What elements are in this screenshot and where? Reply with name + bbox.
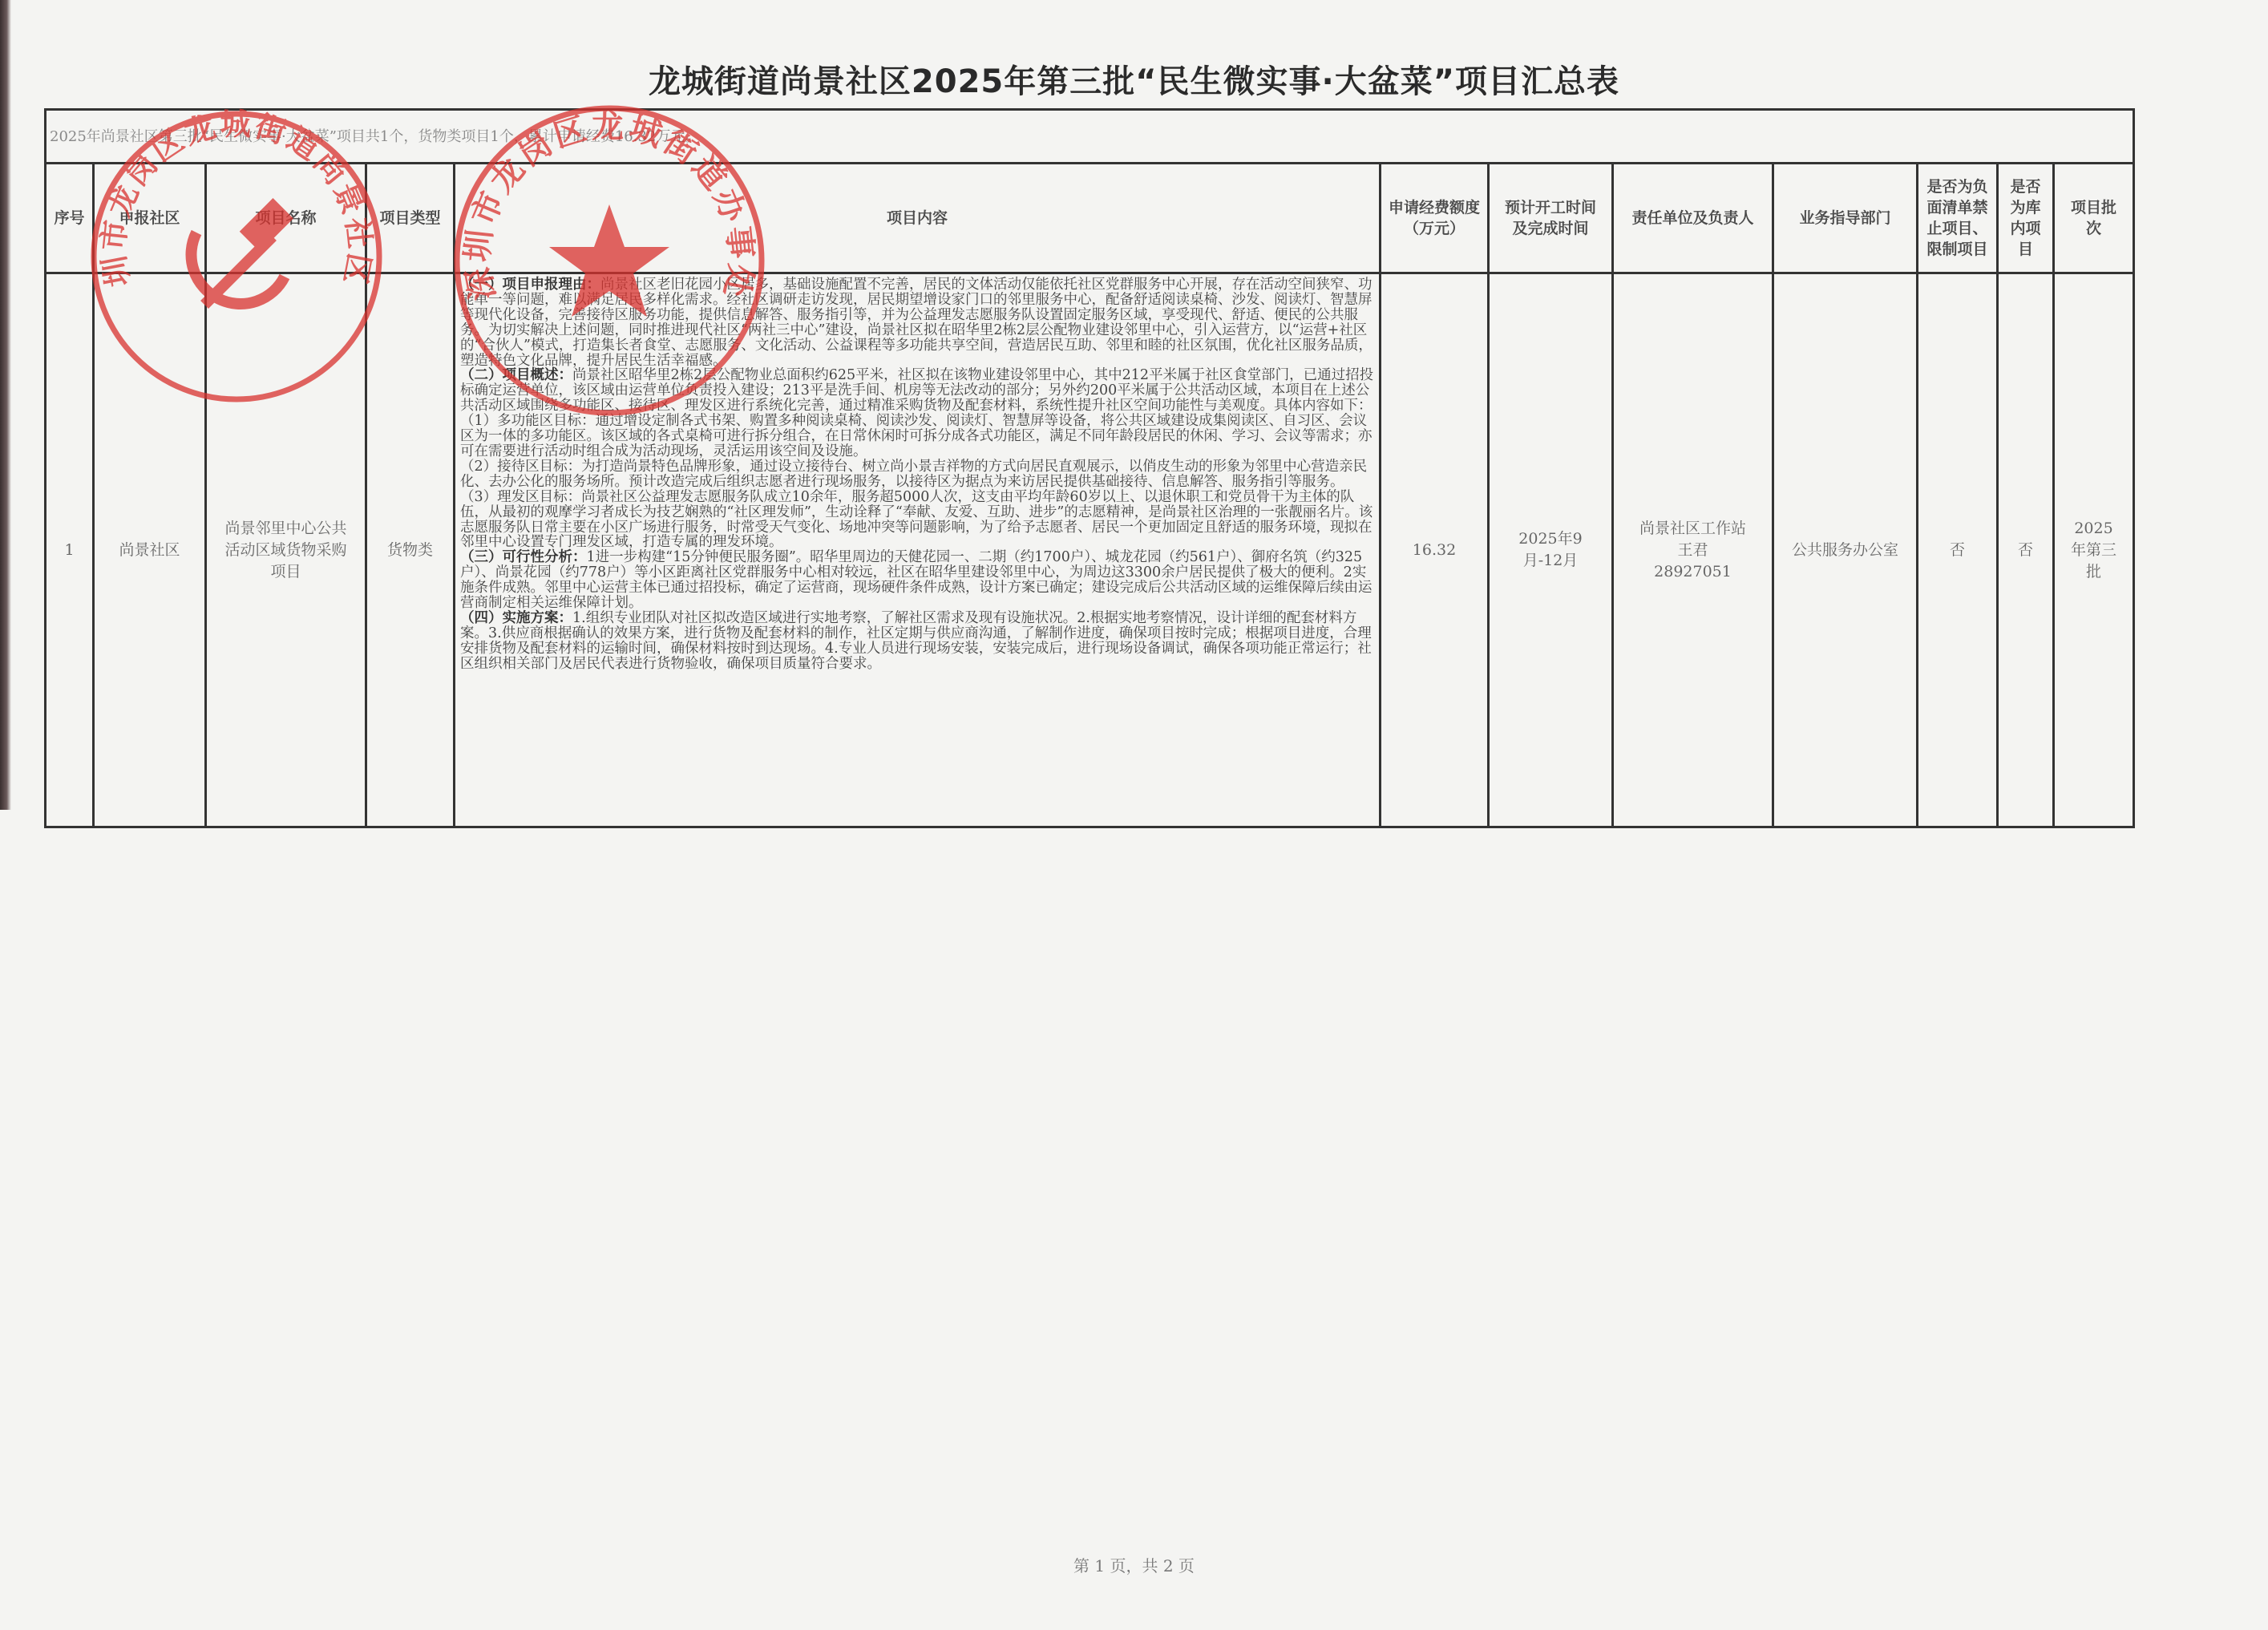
header-negative-list: 是否为负面清单禁止项目、限制项目	[1918, 164, 1998, 273]
header-guidance-dept: 业务指导部门	[1773, 164, 1918, 273]
content-section-3: （三）可行性分析：1进一步构建“15分钟便民服务圈”。昭华里周边的天健花园一、二…	[460, 550, 1374, 611]
content-section-2-label: （二）项目概述：	[460, 367, 572, 383]
responsible-person: 王君	[1614, 540, 1772, 561]
summary-text: 2025年尚景社区第三批“民生微实事·大盆菜”项目共1个，货物类项目1个，累计申…	[46, 110, 2134, 164]
content-section-4: （四）实施方案：1.组织专业团队对社区拟改造区域进行实地考察，了解社区需求及现有…	[460, 611, 1374, 672]
cell-budget: 16.32	[1381, 273, 1489, 827]
cell-project-type: 货物类	[366, 273, 455, 827]
table-row: 1 尚景社区 尚景邻里中心公共活动区域货物采购项目 货物类 （一）项目申报理由：…	[46, 273, 2134, 827]
cell-project-name: 尚景邻里中心公共活动区域货物采购项目	[206, 273, 366, 827]
page-title: 龙城街道尚景社区2025年第三批“民生微实事·大盆菜”项目汇总表	[0, 56, 2268, 102]
content-section-3-label: （三）可行性分析：	[460, 549, 587, 565]
content-section-2: （二）项目概述：尚景社区昭华里2栋2层公配物业总面积约625平米，社区拟在该物业…	[460, 368, 1374, 414]
project-summary-table: 2025年尚景社区第三批“民生微实事·大盆菜”项目共1个，货物类项目1个，累计申…	[44, 108, 2135, 828]
content-section-1-label: （一）项目申报理由：	[460, 277, 600, 293]
cell-schedule: 2025年9月-12月	[1489, 273, 1613, 827]
content-section-4-label: （四）实施方案：	[460, 610, 572, 626]
header-project-name: 项目名称	[206, 164, 366, 273]
cell-index: 1	[46, 273, 94, 827]
scan-edge-shadow	[0, 0, 11, 810]
header-index: 序号	[46, 164, 94, 273]
cell-responsible: 尚景社区工作站 王君 28927051	[1613, 273, 1773, 827]
cell-community: 尚景社区	[94, 273, 206, 827]
responsible-unit: 尚景社区工作站	[1614, 518, 1772, 540]
header-row: 序号 申报社区 项目名称 项目类型 项目内容 申请经费额度（万元） 预计开工时间…	[46, 164, 2134, 273]
header-project-type: 项目类型	[366, 164, 455, 273]
content-section-3-text: 1进一步构建“15分钟便民服务圈”。昭华里周边的天健花园一、二期（约1700户）…	[460, 549, 1373, 611]
header-responsible: 责任单位及负责人	[1613, 164, 1773, 273]
header-batch: 项目批次	[2054, 164, 2134, 273]
content-section-4-text: 1.组织专业团队对社区拟改造区域进行实地考察，了解社区需求及现有设施状况。2.根…	[460, 610, 1372, 672]
page-number: 第 1 页，共 2 页	[0, 1553, 2268, 1576]
content-section-2-item-1: （1）多功能区目标：通过增设定制各式书架、购置多种阅读桌椅、阅读沙发、阅读灯、智…	[460, 414, 1374, 459]
responsible-phone: 28927051	[1614, 561, 1772, 583]
cell-guidance-dept: 公共服务办公室	[1773, 273, 1918, 827]
header-budget: 申请经费额度（万元）	[1381, 164, 1489, 273]
cell-in-library: 否	[1998, 273, 2054, 827]
cell-content: （一）项目申报理由：尚景社区老旧花园小区居多，基础设施配置不完善，居民的文体活动…	[455, 273, 1381, 827]
content-section-2-text: 尚景社区昭华里2栋2层公配物业总面积约625平米，社区拟在该物业建设邻里中心，其…	[460, 367, 1373, 414]
content-section-2-item-2: （2）接待区目标：为打造尚景特色品牌形象，通过设立接待台、树立尚小景吉祥物的方式…	[460, 459, 1374, 490]
cell-negative-list: 否	[1918, 273, 1998, 827]
header-content: 项目内容	[455, 164, 1381, 273]
header-in-library: 是否为库内项目	[1998, 164, 2054, 273]
content-section-2-item-3: （3）理发区目标：尚景社区公益理发志愿服务队成立10余年，服务超5000人次，这…	[460, 490, 1374, 551]
cell-batch: 2025年第三批	[2054, 273, 2134, 827]
summary-row: 2025年尚景社区第三批“民生微实事·大盆菜”项目共1个，货物类项目1个，累计申…	[46, 110, 2134, 164]
header-community: 申报社区	[94, 164, 206, 273]
header-schedule: 预计开工时间及完成时间	[1489, 164, 1613, 273]
content-section-1: （一）项目申报理由：尚景社区老旧花园小区居多，基础设施配置不完善，居民的文体活动…	[460, 277, 1374, 368]
